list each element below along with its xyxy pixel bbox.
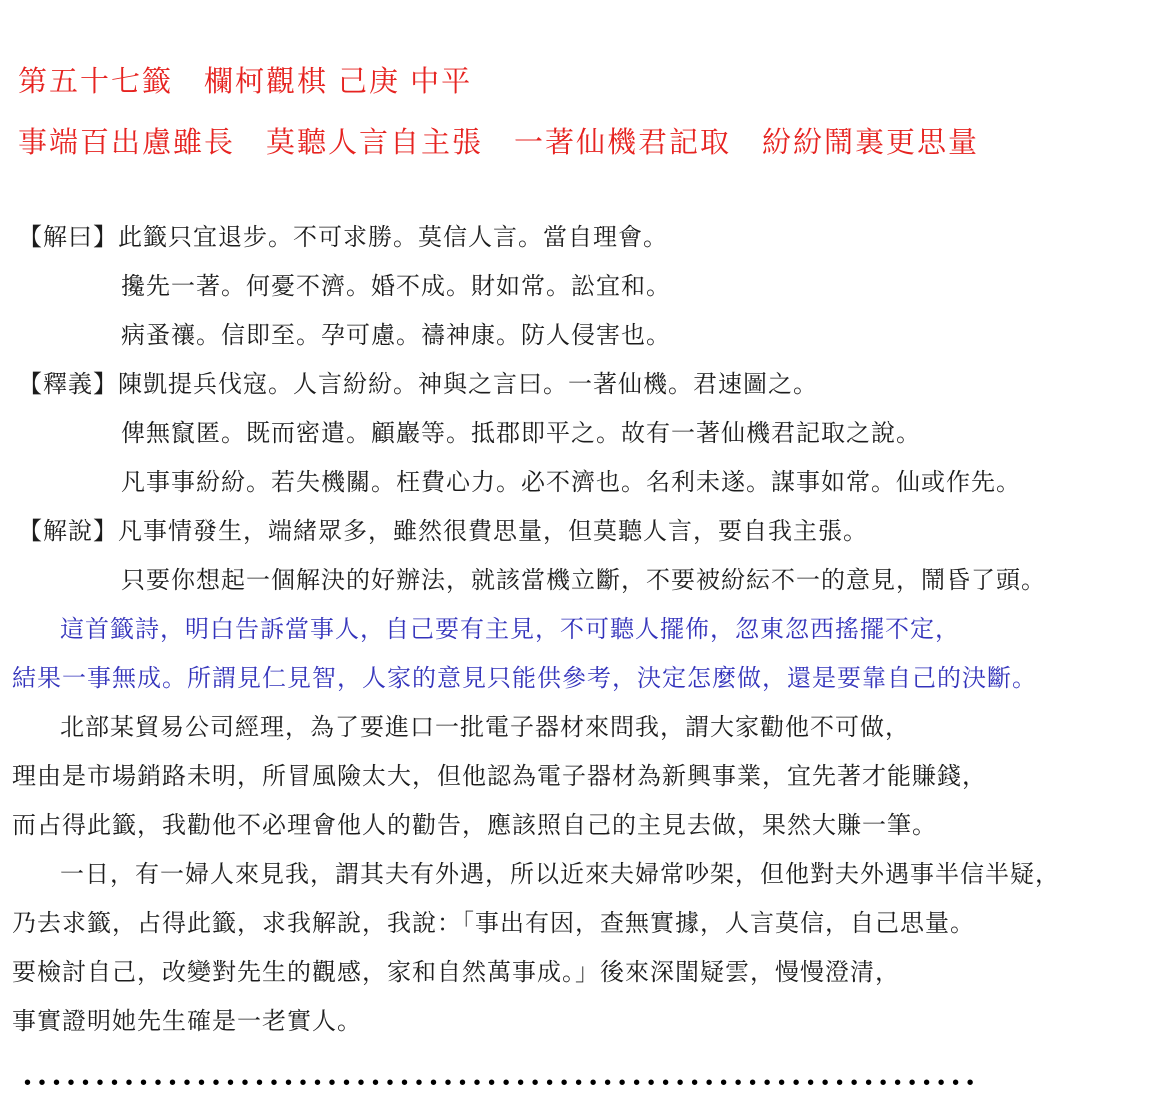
story-line-1: 北部某貿易公司經理，為了要進口一批電子器材來問我，謂大家勸他不可做，: [12, 703, 1138, 752]
jieshuo-line-1: 【解說】 凡事情發生，端緒眾多，雖然很費思量，但莫聽人言，要自我主張。: [12, 507, 1138, 556]
jieyue-line-2: 攙先一著。何憂不濟。婚不成。財如常。訟宜和。: [12, 262, 1138, 311]
jieyue-line-3: 病蚤禳。信即至。孕可慮。禱神康。防人侵害也。: [12, 311, 1138, 360]
shiyi-line-1: 【釋義】 陳凱提兵伐寇。人言紛紛。神與之言曰。一著仙機。君速圖之。: [12, 360, 1138, 409]
dotted-separator: ••••••••••••••••••••••••••••••••••••••••…: [24, 1073, 981, 1093]
jieyue-text-1: 此籤只宜退步。不可求勝。莫信人言。當自理會。: [118, 213, 668, 262]
shiyi-text-1: 陳凱提兵伐寇。人言紛紛。神與之言曰。一著仙機。君速圖之。: [118, 360, 818, 409]
story-line-4: 一日，有一婦人來見我，謂其夫有外遇，所以近來夫婦常吵架，但他對夫外遇事半信半疑，: [12, 850, 1138, 899]
commentary-line-2: 結果一事無成。所謂見仁見智，人家的意見只能供參考，決定怎麼做，還是要靠自己的決斷…: [12, 654, 1138, 703]
jieyue-line-1: 【解曰】 此籤只宜退步。不可求勝。莫信人言。當自理會。: [12, 213, 1138, 262]
sign-body: 【解曰】 此籤只宜退步。不可求勝。莫信人言。當自理會。 攙先一著。何憂不濟。婚不…: [12, 213, 1138, 1046]
fortune-sign-page: 第五十七籤 欄柯觀棋 己庚 中平 事端百出慮雖長 莫聽人言自主張 一著仙機君記取…: [0, 0, 1150, 1107]
story-line-2: 理由是市場銷路未明，所冒風險太大，但他認為電子器材為新興事業，宜先著才能賺錢，: [12, 752, 1138, 801]
commentary-line-1: 這首籤詩，明白告訴當事人，自己要有主見，不可聽人擺佈，忽東忽西搖擺不定，: [12, 605, 1138, 654]
sign-title: 第五十七籤 欄柯觀棋 己庚 中平: [12, 64, 1138, 100]
sign-poem: 事端百出慮雖長 莫聽人言自主張 一著仙機君記取 紛紛鬧裏更思量: [12, 125, 1138, 161]
story-line-7: 事實證明她先生確是一老實人。: [12, 997, 1138, 1046]
shiyi-label: 【釋義】: [12, 360, 118, 409]
jieshuo-line-2: 只要你想起一個解決的好辦法，就該當機立斷，不要被紛紜不一的意見，鬧昏了頭。: [12, 556, 1138, 605]
jieshuo-text-1: 凡事情發生，端緒眾多，雖然很費思量，但莫聽人言，要自我主張。: [118, 507, 868, 556]
story-line-5: 乃去求籤，占得此籤，求我解說，我說：「事出有因，查無實據，人言莫信，自己思量。: [12, 899, 1138, 948]
jieyue-label: 【解曰】: [12, 213, 118, 262]
story-line-3: 而占得此籤，我勸他不必理會他人的勸告，應該照自己的主見去做，果然大賺一筆。: [12, 801, 1138, 850]
shiyi-line-2: 俾無竄匿。既而密遣。顧巖等。抵郡即平之。故有一著仙機君記取之說。: [12, 409, 1138, 458]
shiyi-line-3: 凡事事紛紛。若失機關。枉費心力。必不濟也。名利未遂。謀事如常。仙或作先。: [12, 458, 1138, 507]
jieshuo-label: 【解說】: [12, 507, 118, 556]
story-line-6: 要檢討自己，改變對先生的觀感，家和自然萬事成。」後來深閨疑雲，慢慢澄清，: [12, 948, 1138, 997]
